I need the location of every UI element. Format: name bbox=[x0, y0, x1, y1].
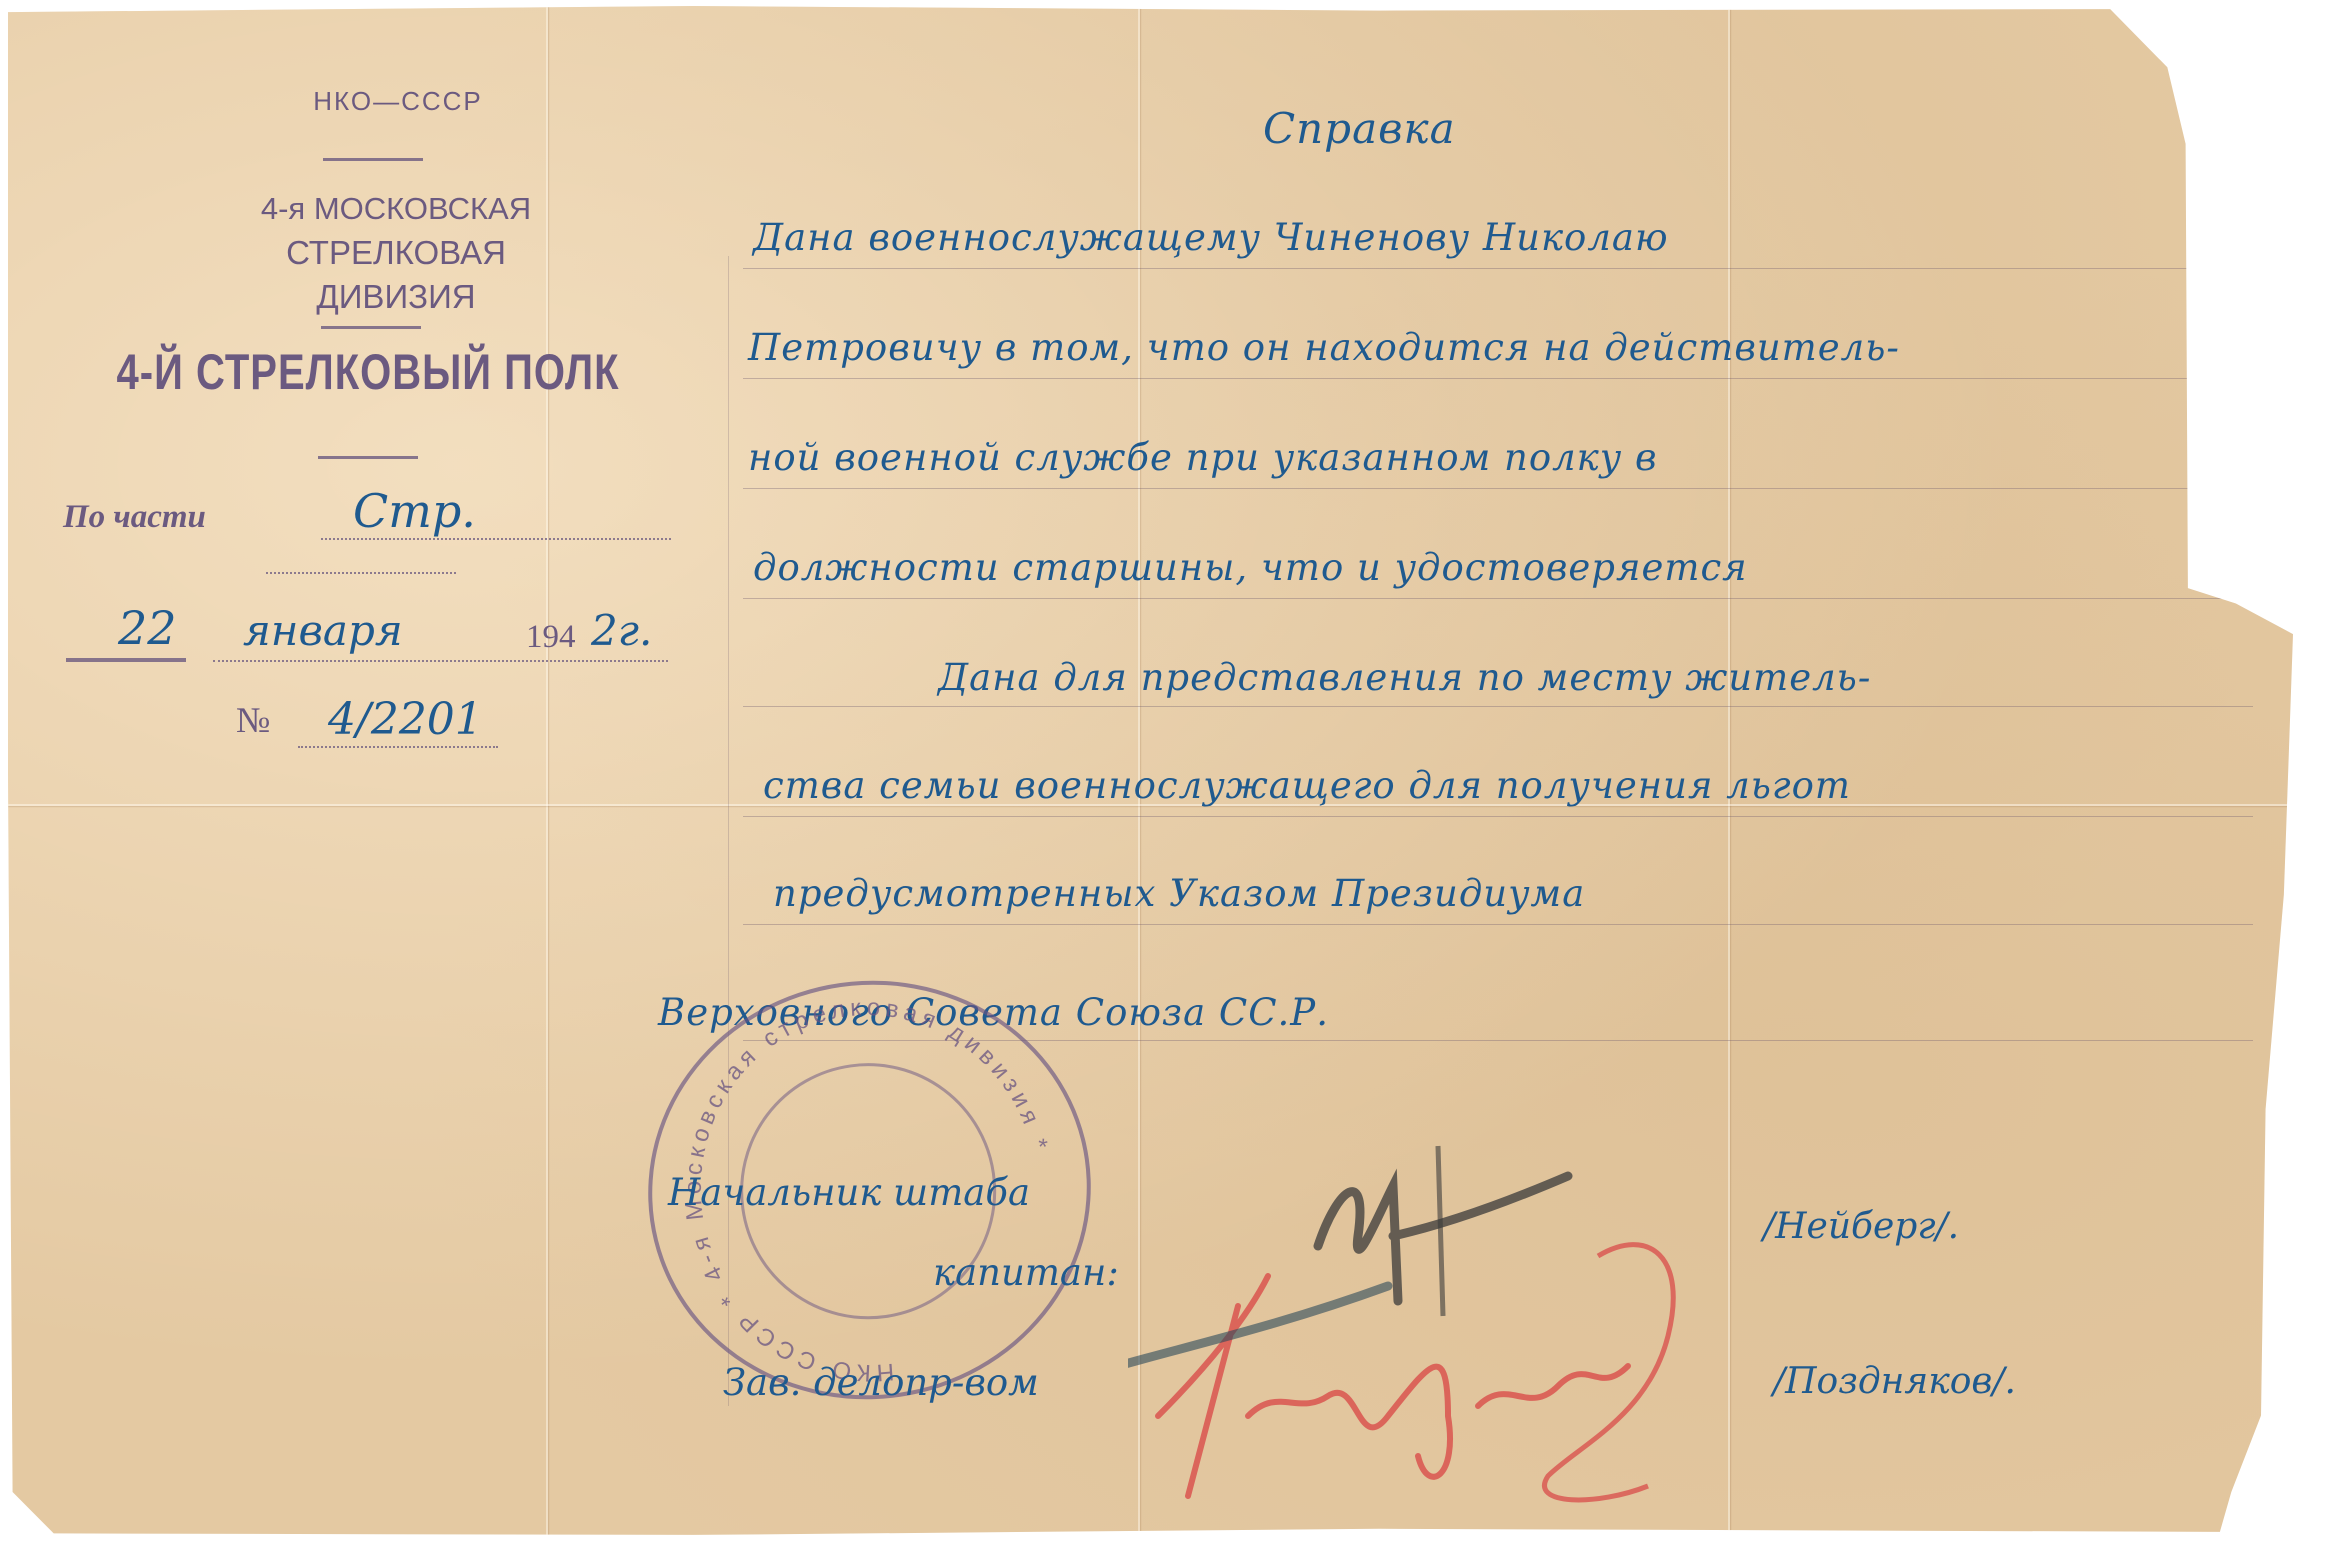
signer-2-name: /Поздняков/. bbox=[1773, 1361, 2016, 1402]
signer-1-name: /Нейберг/. bbox=[1763, 1206, 1959, 1247]
date-field-line bbox=[213, 660, 668, 662]
signer-2-role: Зав. делопр-вом bbox=[723, 1361, 1039, 1404]
number-field-line bbox=[298, 746, 498, 748]
letterhead-divider bbox=[323, 158, 423, 161]
ruled-line bbox=[743, 816, 2253, 817]
division-line-2: СТРЕЛКОВАЯ ДИВИЗИЯ bbox=[241, 231, 551, 319]
date-day: 22 bbox=[118, 601, 177, 655]
body-line: ства семьи военнослужащего для получения… bbox=[763, 764, 1851, 807]
red-pencil-signature bbox=[1128, 1216, 1768, 1536]
document-title: Справка bbox=[1263, 104, 1456, 153]
document-paper: НКО—СССР 4-я МОСКОВСКАЯ СТРЕЛКОВАЯ ДИВИЗ… bbox=[8, 6, 2293, 1538]
body-line: Дана военнослужащему Чиненову Николаю bbox=[753, 216, 1669, 259]
body-line: Дана для представления по месту житель- bbox=[938, 656, 1871, 699]
number-value: 4/2201 bbox=[328, 694, 483, 745]
date-year-handwritten: 2г. bbox=[591, 606, 652, 655]
ruled-line bbox=[743, 268, 2253, 269]
number-label: № bbox=[236, 699, 270, 741]
date-prefix-line bbox=[66, 658, 186, 662]
signer-1-rank: капитан: bbox=[933, 1251, 1119, 1294]
letterhead-divider bbox=[321, 326, 421, 329]
letterhead-divider bbox=[318, 456, 418, 459]
unit-field-line bbox=[321, 538, 671, 540]
letterhead-org: НКО—СССР bbox=[208, 86, 588, 117]
date-month: января bbox=[243, 606, 403, 655]
unit-value: Стр. bbox=[353, 484, 476, 538]
letterhead-regiment: 4-Й СТРЕЛКОВЫЙ ПОЛК bbox=[68, 345, 668, 401]
ruled-line bbox=[743, 924, 2253, 925]
signer-1-role: Начальник штаба bbox=[668, 1171, 1030, 1214]
body-line: предусмотренных Указом Президиума bbox=[773, 872, 1585, 915]
ruled-line bbox=[743, 598, 2253, 599]
body-line: должности старшины, что и удостоверяется bbox=[753, 546, 1748, 589]
division-line-1: 4-я МОСКОВСКАЯ bbox=[241, 187, 551, 231]
dotted-line bbox=[266, 572, 456, 574]
body-line: ной военной службе при указанном полку в bbox=[748, 436, 1658, 479]
ruled-line bbox=[743, 378, 2253, 379]
ruled-line bbox=[743, 706, 2253, 707]
letterhead-division: 4-я МОСКОВСКАЯ СТРЕЛКОВАЯ ДИВИЗИЯ bbox=[241, 187, 551, 319]
unit-label: По части bbox=[63, 499, 206, 536]
body-line: Петровичу в том, что он находится на дей… bbox=[748, 326, 1900, 369]
ruled-line bbox=[743, 488, 2253, 489]
date-year-printed: 194 bbox=[526, 619, 576, 656]
